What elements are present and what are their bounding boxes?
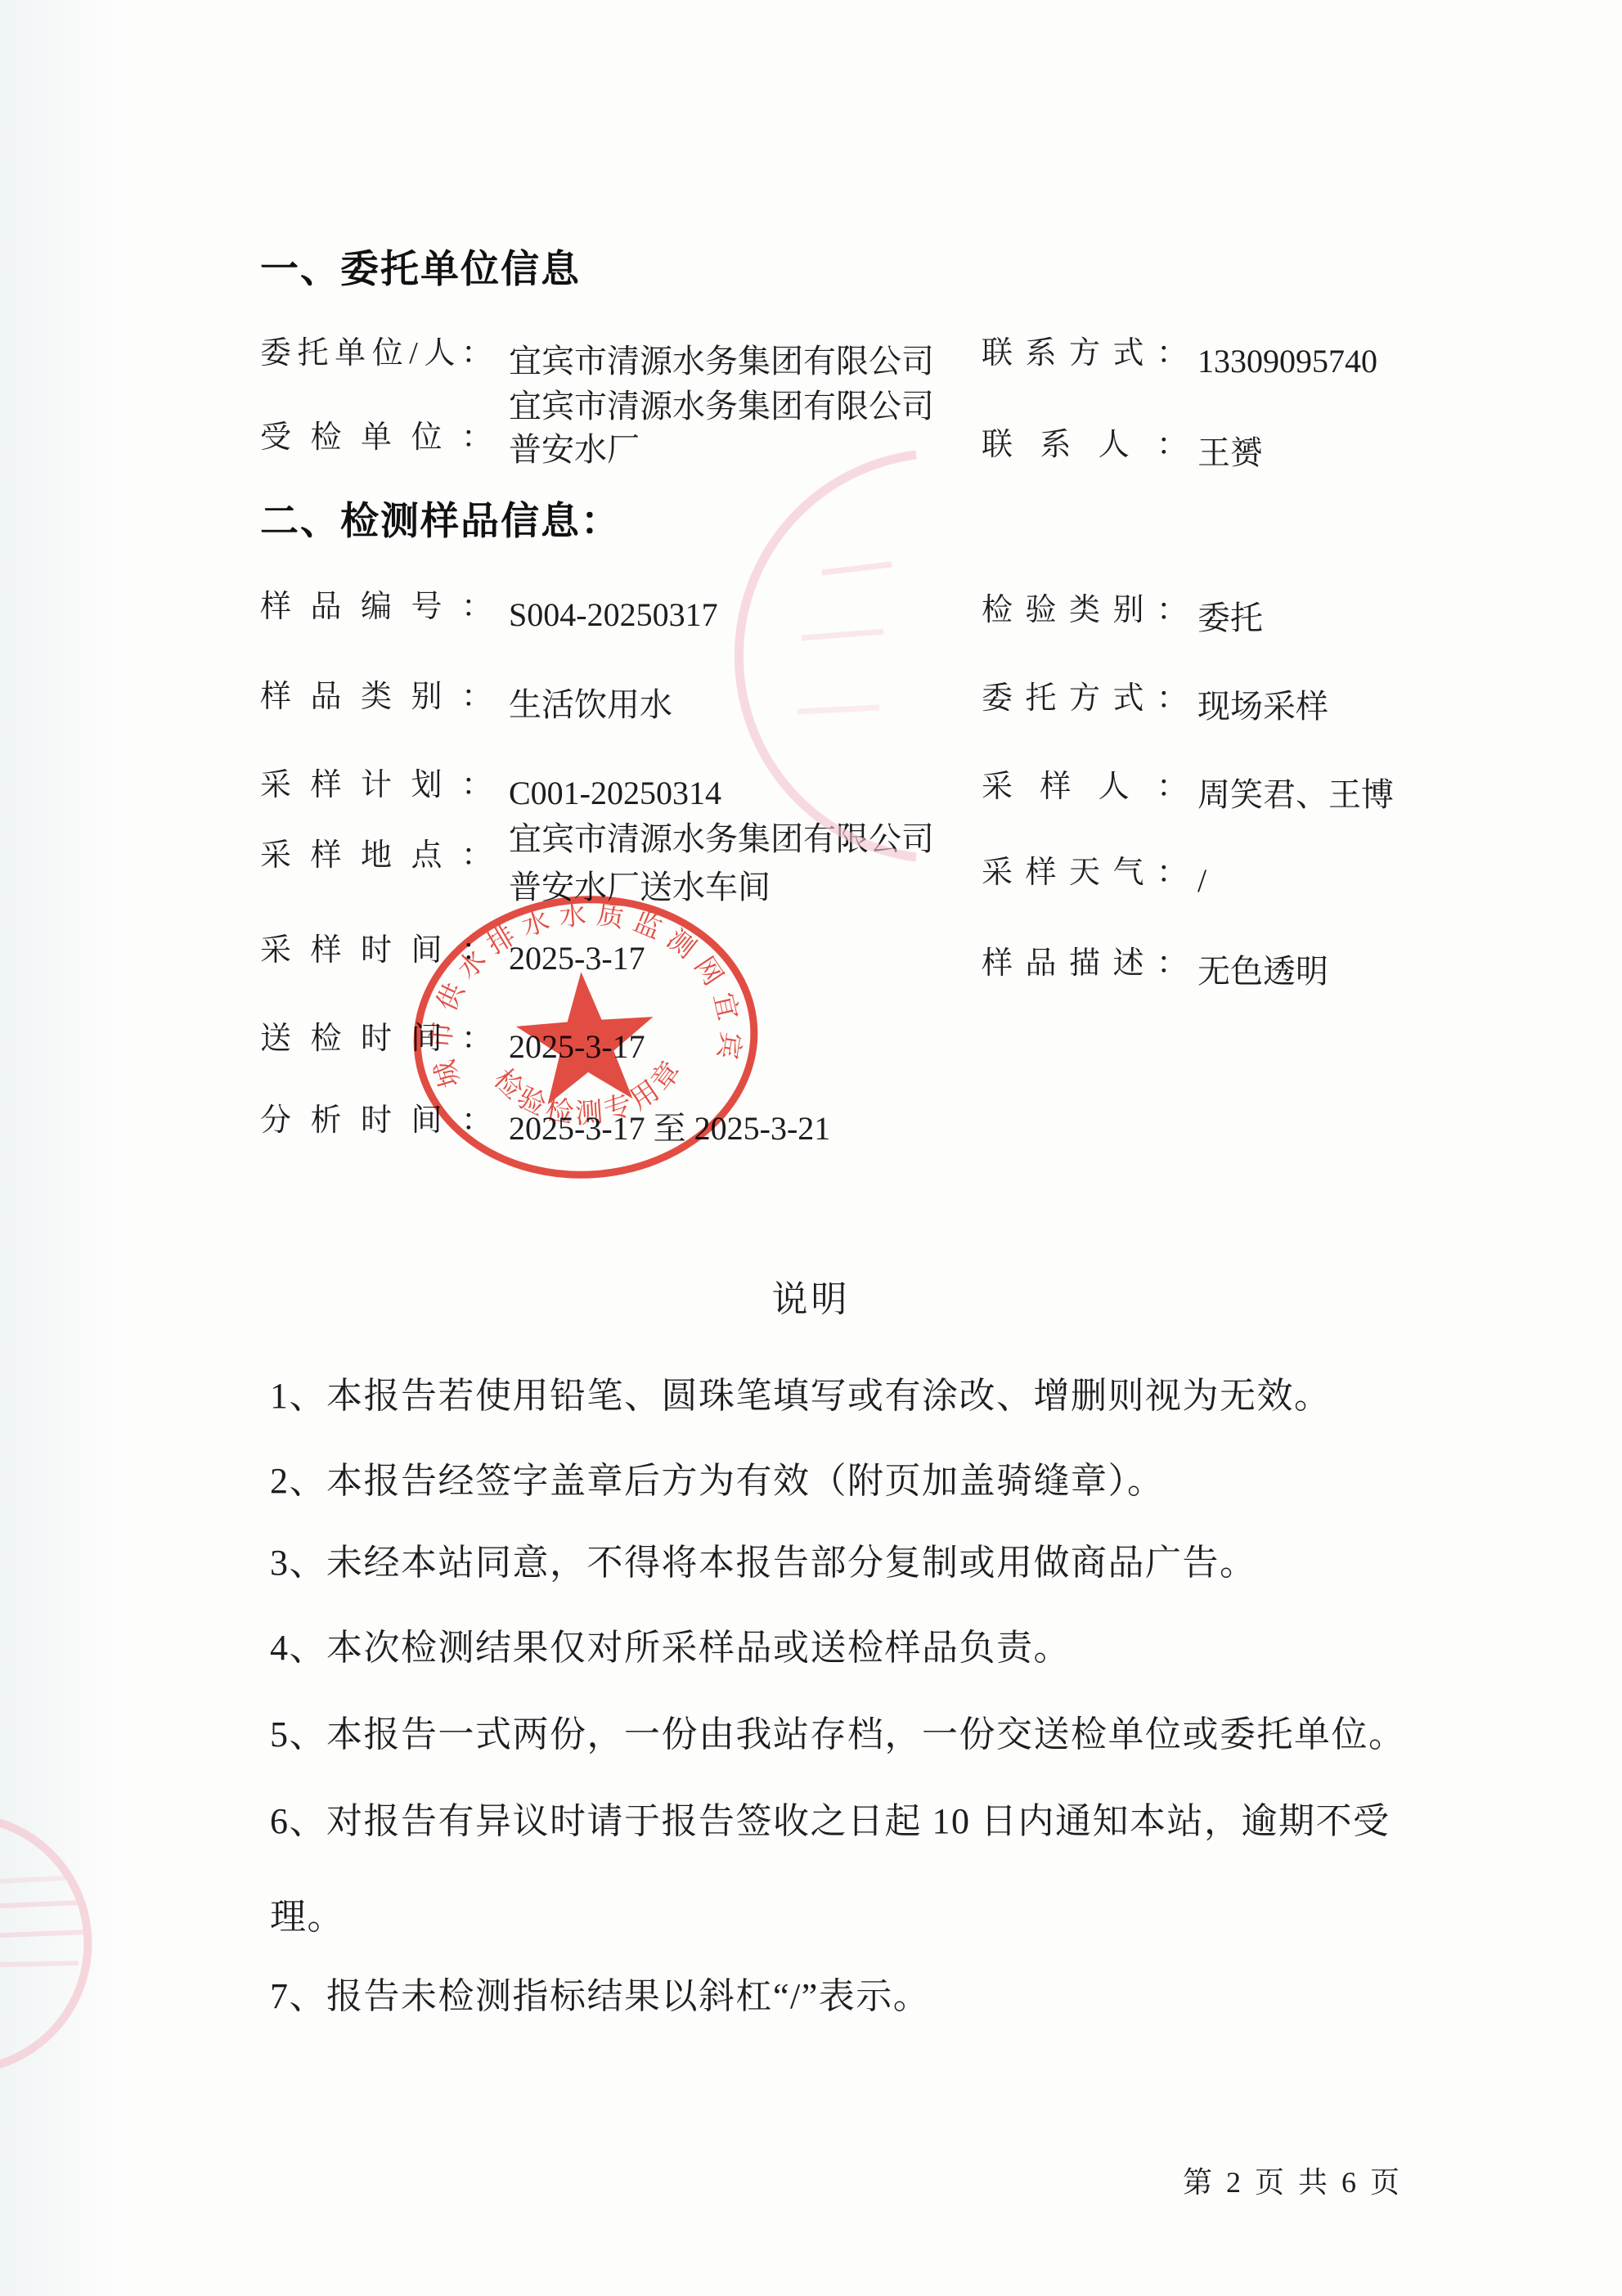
field-sampling-time: 采样时间：2025-3-17 [260, 924, 645, 977]
field-sample-desc: 样品描述：无色透明 [982, 937, 1328, 992]
field-contact-method: 联系方式：13309095740 [982, 327, 1377, 380]
contact-person-label: 联系人： [982, 419, 1188, 464]
note-item-1: 1、本报告若使用铅笔、圆珠笔填写或有涂改、增删则视为无效。 [270, 1348, 1431, 1444]
sampler-value: 周笑君、王博 [1197, 776, 1394, 813]
note-item-7: 7、报告未检测指标结果以斜杠“/”表示。 [270, 1948, 1431, 2044]
sample-type-label: 样品类别： [260, 671, 492, 716]
sampling-site-line2: 普安水厂送水车间 [509, 863, 934, 911]
analysis-time-value: 2025-3-17 至 2025-3-21 [509, 1110, 830, 1147]
report-page: 一、委托单位信息 委托单位/人：宜宾市清源水务集团有限公司 联系方式：13309… [0, 0, 1622, 2296]
test-category-value: 委托 [1197, 600, 1263, 636]
test-category-label: 检验类别： [982, 584, 1188, 629]
contact-person-value: 王赟 [1197, 434, 1263, 471]
contact-method-value: 13309095740 [1197, 343, 1377, 380]
client-label: 委托单位/人： [260, 327, 492, 372]
section2-title: 二、检测样品信息： [260, 491, 621, 546]
inspected-unit-line1: 宜宾市清源水务集团有限公司 [509, 384, 934, 428]
field-sampler: 采样人：周笑君、王博 [982, 761, 1394, 816]
contact-method-label: 联系方式： [982, 327, 1188, 372]
field-sample-no: 样品编号：S004-20250317 [260, 581, 718, 634]
commission-mode-value: 现场采样 [1197, 688, 1328, 725]
sample-no-label: 样品编号： [260, 581, 492, 626]
sample-no-value: S004-20250317 [509, 596, 718, 633]
scan-edge-shading [0, 0, 123, 2296]
page-number: 第 2 页 共 6 页 [1183, 2159, 1403, 2201]
sampling-plan-value: C001-20250314 [509, 775, 721, 811]
submission-time-value: 2025-3-17 [509, 1028, 645, 1065]
field-submission-time: 送检时间：2025-3-17 [260, 1013, 645, 1066]
notes-title: 说明 [0, 1269, 1622, 1322]
sampling-weather-value: / [1197, 862, 1206, 899]
inspected-unit-line2: 普安水厂 [509, 428, 934, 471]
client-value: 宜宾市清源水务集团有限公司 [509, 343, 934, 380]
sample-type-value: 生活饮用水 [509, 686, 672, 723]
sample-desc-value: 无色透明 [1197, 953, 1328, 990]
commission-mode-label: 委托方式： [982, 672, 1188, 717]
sampling-site-value: 宜宾市清源水务集团有限公司 普安水厂送水车间 [509, 815, 934, 911]
inspected-unit-label: 受检单位： [260, 411, 492, 456]
note-item-5: 5、本报告一式两份，一份由我站存档，一份交送检单位或委托单位。 [270, 1687, 1431, 1782]
bleed-stamp-upper-arc [739, 455, 916, 857]
note-item-6: 6、对报告有异议时请于报告签收之日起 10 日内通知本站，逾期不受理。 [270, 1773, 1431, 1965]
submission-time-label: 送检时间： [260, 1013, 492, 1058]
note-item-3: 3、未经本站同意，不得将本报告部分复制或用做商品广告。 [270, 1515, 1431, 1611]
sampling-site-line1: 宜宾市清源水务集团有限公司 [509, 815, 934, 863]
sampling-site-label: 采样地点： [260, 829, 492, 874]
field-commission-mode: 委托方式：现场采样 [982, 672, 1328, 727]
field-contact-person: 联系人：王赟 [982, 419, 1263, 474]
inspected-unit-value: 宜宾市清源水务集团有限公司 普安水厂 [509, 384, 934, 471]
field-sampling-plan: 采样计划：C001-20250314 [260, 759, 721, 812]
sample-desc-label: 样品描述： [982, 937, 1188, 982]
section1-title: 一、委托单位信息 [260, 239, 581, 294]
sampling-plan-label: 采样计划： [260, 759, 492, 804]
note-item-4: 4、本次检测结果仅对所采样品或送检样品负责。 [270, 1600, 1431, 1696]
field-test-category: 检验类别：委托 [982, 584, 1263, 639]
field-client: 委托单位/人：宜宾市清源水务集团有限公司 [260, 327, 934, 382]
sampling-time-label: 采样时间： [260, 924, 492, 969]
field-analysis-time: 分析时间：2025-3-17 至 2025-3-21 [260, 1094, 830, 1149]
sampling-time-value: 2025-3-17 [509, 940, 645, 977]
analysis-time-label: 分析时间： [260, 1094, 492, 1139]
sampling-weather-label: 采样天气： [982, 847, 1188, 892]
field-sampling-weather: 采样天气：/ [982, 847, 1206, 900]
field-sample-type: 样品类别：生活饮用水 [260, 671, 672, 726]
sampler-label: 采样人： [982, 761, 1188, 806]
